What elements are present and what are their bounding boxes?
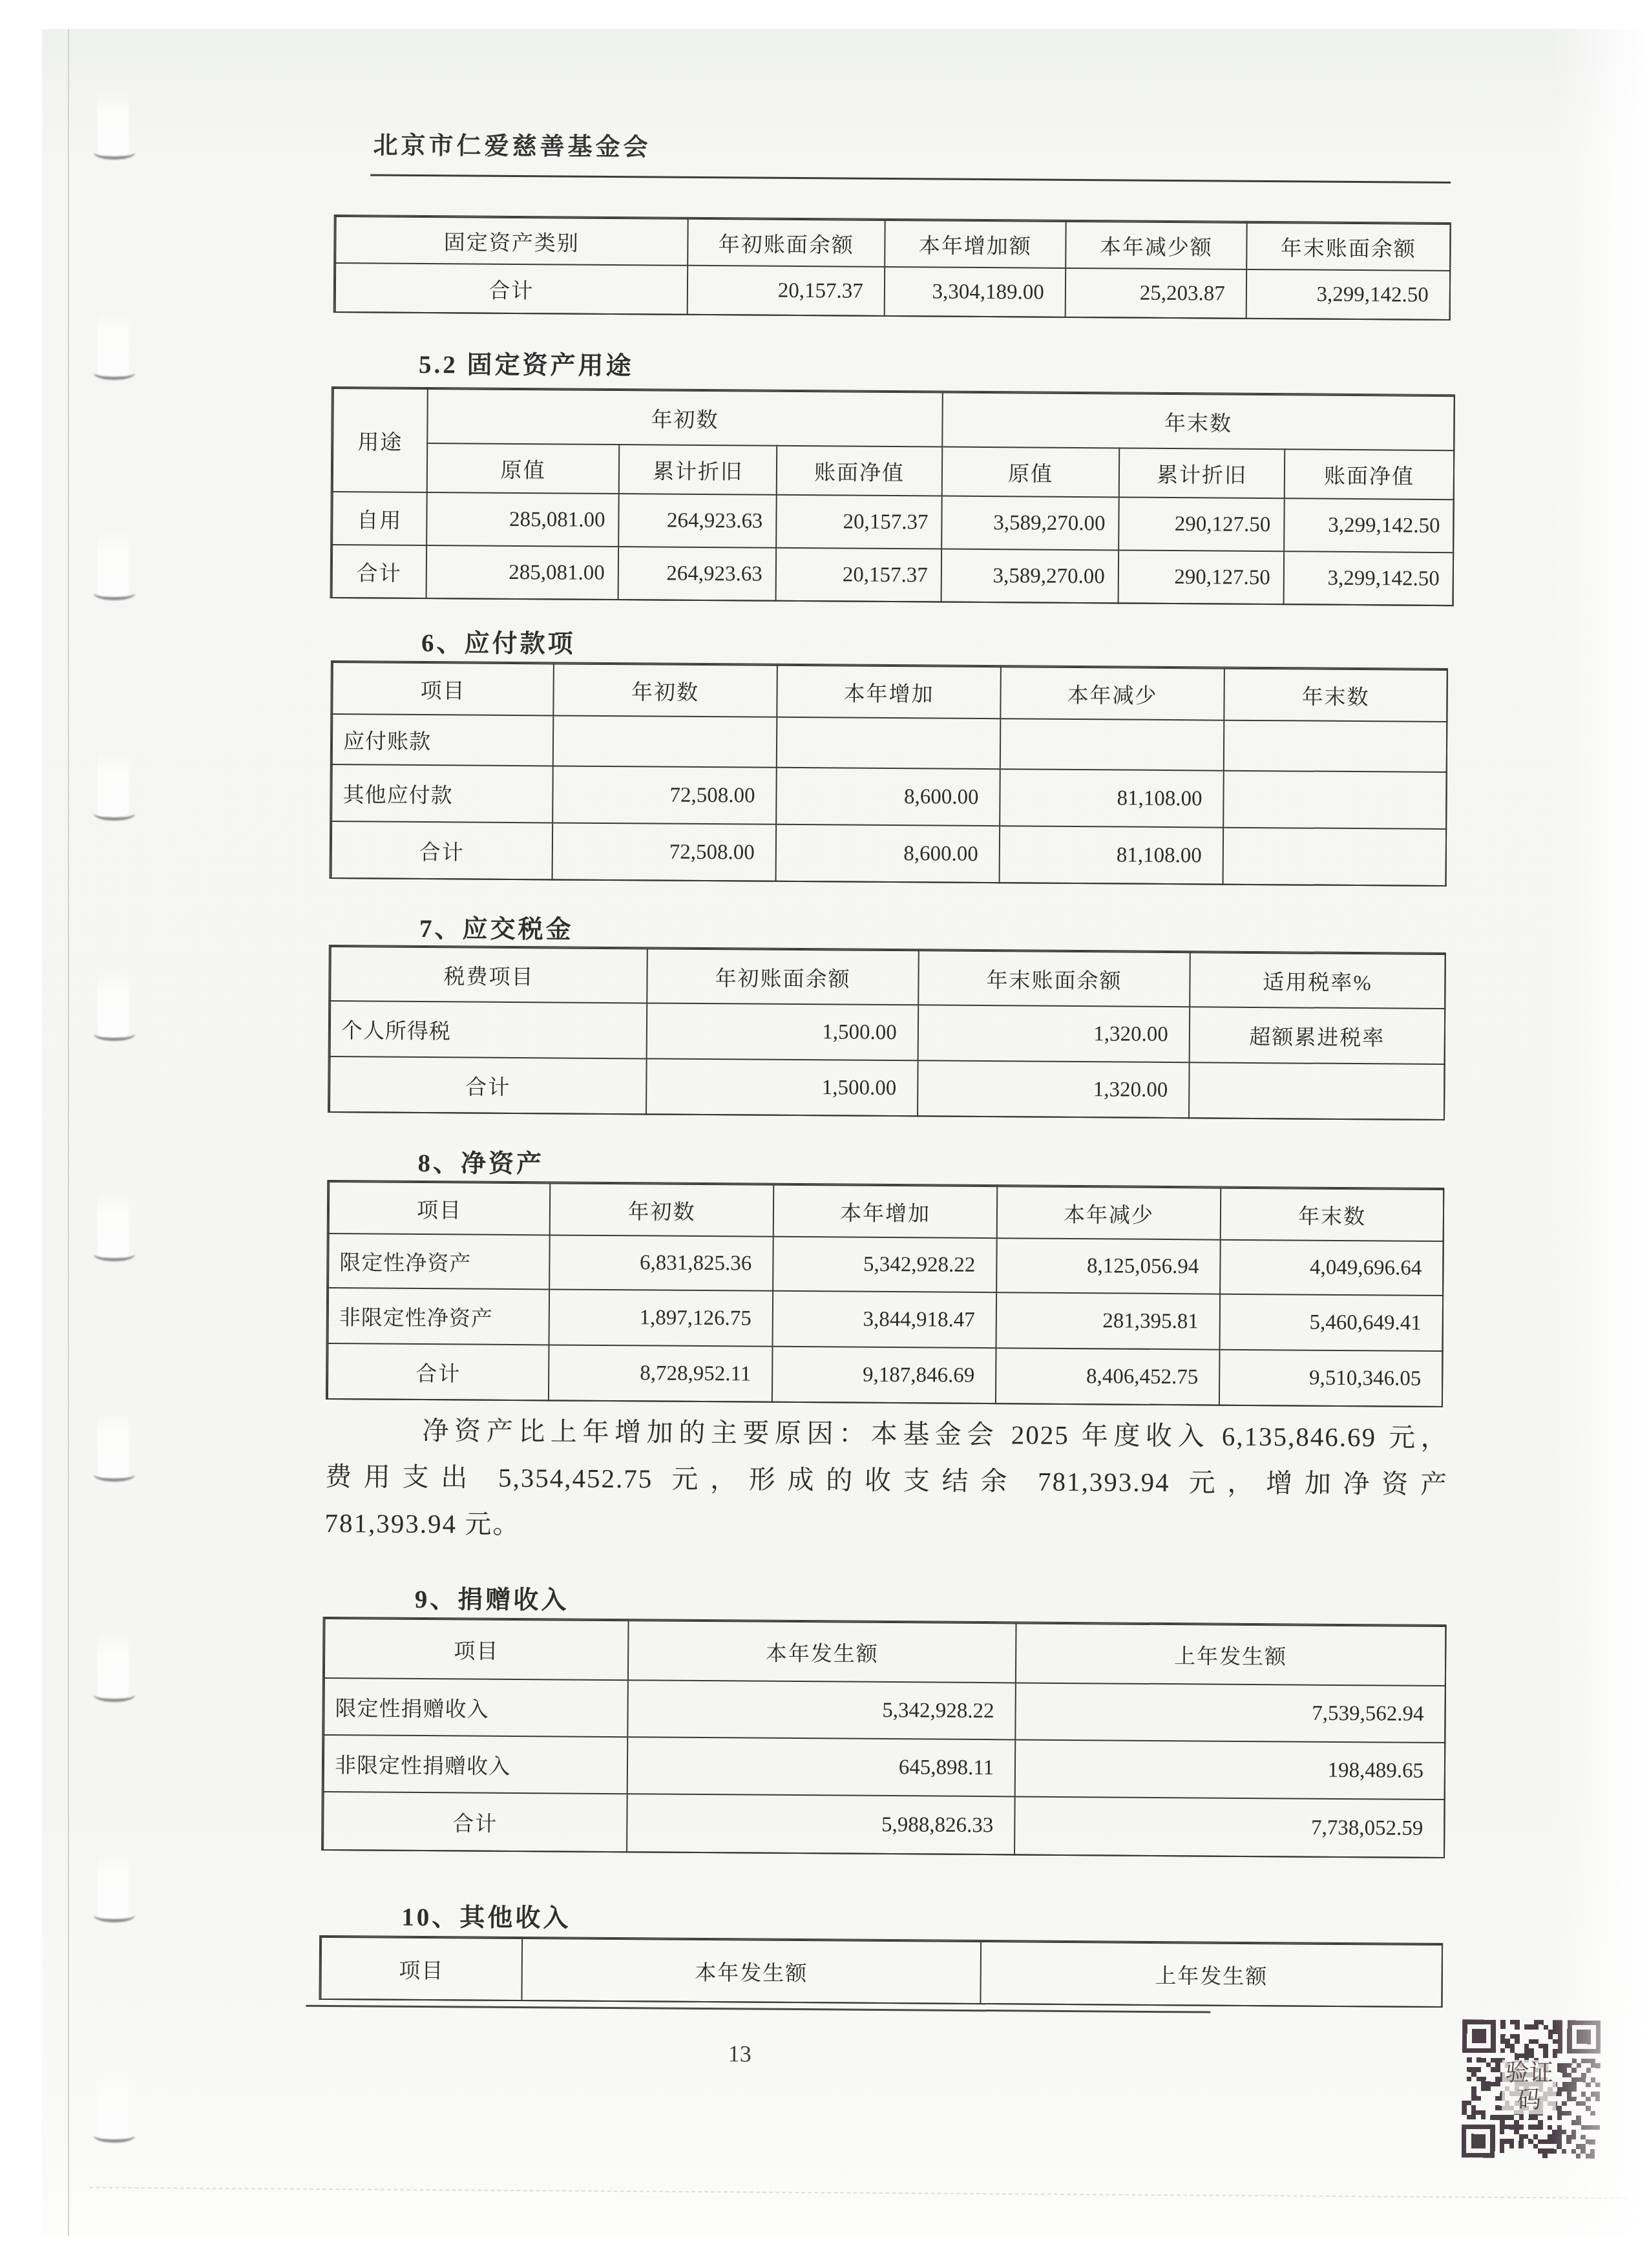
cell-value: 72,508.00 [552,823,777,881]
cell-value: 7,539,562.94 [1015,1683,1445,1743]
cell-value: 8,728,952.11 [549,1345,773,1402]
column-header: 年初账面余额 [647,949,919,1005]
column-header: 本年增加 [777,666,1001,719]
section-title-8: 8、净资产 [417,1143,544,1180]
footer-rule [306,2005,1210,2013]
row-label: 限定性捐赠收入 [324,1678,628,1737]
section-title-7: 7、应交税金 [419,908,574,946]
cell-value: 198,489.65 [1015,1739,1445,1800]
cell-value [777,717,1001,769]
row-label: 个人所得税 [330,1001,647,1058]
section-title-5-2: 5.2 固定资产用途 [419,344,634,382]
cell-value: 1,320.00 [918,1060,1190,1118]
column-header: 本年增加 [773,1185,998,1238]
row-label: 合计 [323,1792,627,1852]
column-header: 原值 [427,443,620,494]
cell-value: 3,844,918.47 [773,1291,997,1348]
column-header: 本年减少额 [1066,222,1246,269]
column-header: 年初数 [550,1183,774,1236]
cell-value [1223,828,1447,886]
row-label: 其他应付款 [331,764,553,823]
cell-value [1223,771,1447,829]
net-assets-note: 净资产比上年增加的主要原因：本基金会 2025 年度收入 6,135,846.6… [324,1407,1448,1554]
note-line: 费用支出 5,354,452.75 元，形成的收支结余 781,393.94 元… [325,1453,1448,1507]
column-header: 原值 [942,447,1120,498]
row-label: 合计 [331,821,553,879]
page-number: 13 [701,2040,779,2068]
qr-label: 验证码 [1502,2060,1557,2115]
cell-value: 6,831,825.36 [549,1235,773,1290]
section-title-9: 9、捐赠收入 [415,1579,569,1617]
fixed-asset-usage-table: 用途 年初数 年末数 原值 累计折旧 账面净值 原值 累计折旧 账面净值 自用 … [330,386,1455,606]
note-line: 净资产比上年增加的主要原因：本基金会 2025 年度收入 6,135,846.6… [325,1407,1448,1461]
header-underline [370,174,1451,184]
column-header: 适用税率% [1190,952,1445,1009]
cell-value [1189,1062,1445,1120]
row-label: 应付账款 [332,714,554,766]
fixed-assets-summary-table: 固定资产类别 年初账面余额 本年增加额 本年减少额 年末账面余额 合计 20,1… [333,215,1451,320]
cell-value: 81,108.00 [1000,769,1224,827]
cell-value: 20,157.37 [776,548,942,602]
other-income-table: 项目 本年发生额 上年发生额 [319,1935,1443,2008]
cell-value [553,715,777,767]
group-header: 年末数 [942,393,1455,451]
cell-value: 285,081.00 [426,492,619,547]
row-label: 合计 [332,545,427,598]
cell-value: 290,127.50 [1119,498,1285,552]
column-header: 固定资产类别 [335,216,688,266]
cell-value: 1,320.00 [918,1005,1190,1062]
cell-value [1000,719,1224,770]
row-label: 合计 [330,1056,647,1114]
cell-value: 3,299,142.50 [1284,551,1454,605]
row-label: 合计 [328,1343,549,1400]
column-header: 上年发生额 [980,1942,1442,2007]
cell-value: 4,049,696.64 [1220,1240,1444,1296]
org-name-header: 北京市仁爱慈善基金会 [373,125,651,162]
cell-value: 8,600.00 [776,824,1000,883]
cell-value: 1,500.00 [646,1058,918,1116]
qr-code: 验证码 [1462,2019,1601,2158]
cell-value: 1,500.00 [647,1003,919,1060]
taxes-table: 税费项目 年初账面余额 年末账面余额 适用税率% 个人所得税 1,500.00 … [328,945,1446,1120]
row-label: 自用 [332,492,427,545]
cell-value: 5,342,928.22 [627,1680,1016,1739]
column-header: 本年减少 [997,1186,1221,1239]
cell-value: 645,898.11 [627,1737,1016,1796]
net-assets-table: 项目 年初数 本年增加 本年减少 年末数 限定性净资产 6,831,825.36… [326,1180,1444,1407]
scanned-page: 北京市仁爱慈善基金会 固定资产类别 年初账面余额 本年增加额 本年减少额 年末账… [42,29,1649,2236]
row-label: 非限定性捐赠收入 [324,1735,628,1794]
corner-header: 用途 [333,388,428,492]
column-header: 年末数 [1224,669,1447,722]
payables-table: 项目 年初数 本年增加 本年减少 年末数 应付账款 其他应付款 72,508.0… [330,660,1448,887]
column-header: 累计折旧 [619,445,777,495]
cell-value: 72,508.00 [552,766,777,824]
column-header: 累计折旧 [1119,448,1285,499]
cell-value: 5,988,826.33 [627,1794,1015,1854]
cell-value: 超额累进税率 [1190,1007,1445,1064]
cell-value: 1,897,126.75 [549,1289,773,1346]
cell-value: 9,510,346.05 [1219,1350,1443,1407]
cell-value: 3,299,142.50 [1246,269,1451,320]
row-label: 限定性净资产 [328,1234,550,1289]
cell-value: 290,127.50 [1119,551,1285,605]
cell-value: 25,203.87 [1066,268,1247,319]
column-header: 项目 [324,1619,629,1680]
cell-value: 9,187,846.69 [772,1347,996,1403]
column-header: 账面净值 [1285,449,1455,499]
cell-value: 285,081.00 [426,545,619,600]
column-header: 年末数 [1221,1188,1444,1241]
cell-value: 8,600.00 [776,768,1000,826]
column-header: 年末账面余额 [918,950,1190,1007]
column-header: 项目 [329,1182,551,1235]
donation-income-table: 项目 本年发生额 上年发生额 限定性捐赠收入 5,342,928.22 7,53… [321,1617,1446,1858]
cell-value: 8,406,452.75 [996,1348,1220,1405]
column-header: 本年发生额 [521,1938,981,2004]
cell-value: 3,589,270.00 [941,496,1119,551]
cell-value [1224,720,1447,772]
cell-value: 8,125,056.94 [996,1238,1221,1294]
column-header: 年初数 [553,664,777,717]
cell-value: 5,342,928.22 [773,1237,997,1292]
column-header: 年初账面余额 [688,219,885,267]
section-title-6: 6、应付款项 [421,623,576,660]
cell-value: 7,738,052.59 [1014,1796,1445,1858]
column-header: 税费项目 [330,947,647,1003]
section-title-10: 10、其他收入 [401,1897,571,1935]
cell-value: 5,460,649.41 [1220,1294,1444,1351]
group-header: 年初数 [427,389,943,447]
cell-value: 281,395.81 [996,1292,1221,1349]
column-header: 账面净值 [777,446,943,496]
note-line: 781,393.94 元。 [324,1500,1447,1554]
scan-artifact-line [89,2187,1627,2199]
column-header: 年末账面余额 [1246,223,1450,271]
cell-value: 20,157.37 [688,266,885,316]
column-header: 本年发生额 [628,1621,1016,1683]
cell-value: 81,108.00 [1000,826,1224,884]
cell-value: 3,304,189.00 [885,267,1066,317]
cell-value: 264,923.63 [618,494,777,548]
column-header: 本年增加额 [885,220,1066,268]
cell-value: 3,589,270.00 [941,549,1119,604]
column-header: 上年发生额 [1016,1623,1446,1686]
row-label: 合计 [335,263,688,315]
row-label: 非限定性净资产 [328,1288,550,1345]
column-header: 项目 [332,662,554,715]
page-content: 北京市仁爱慈善基金会 固定资产类别 年初账面余额 本年增加额 本年减少额 年末账… [28,27,1649,2245]
cell-value: 264,923.63 [618,547,777,601]
column-header: 项目 [320,1937,522,2000]
column-header: 本年减少 [1000,667,1224,720]
cell-value: 20,157.37 [776,495,942,549]
cell-value: 3,299,142.50 [1284,498,1454,552]
